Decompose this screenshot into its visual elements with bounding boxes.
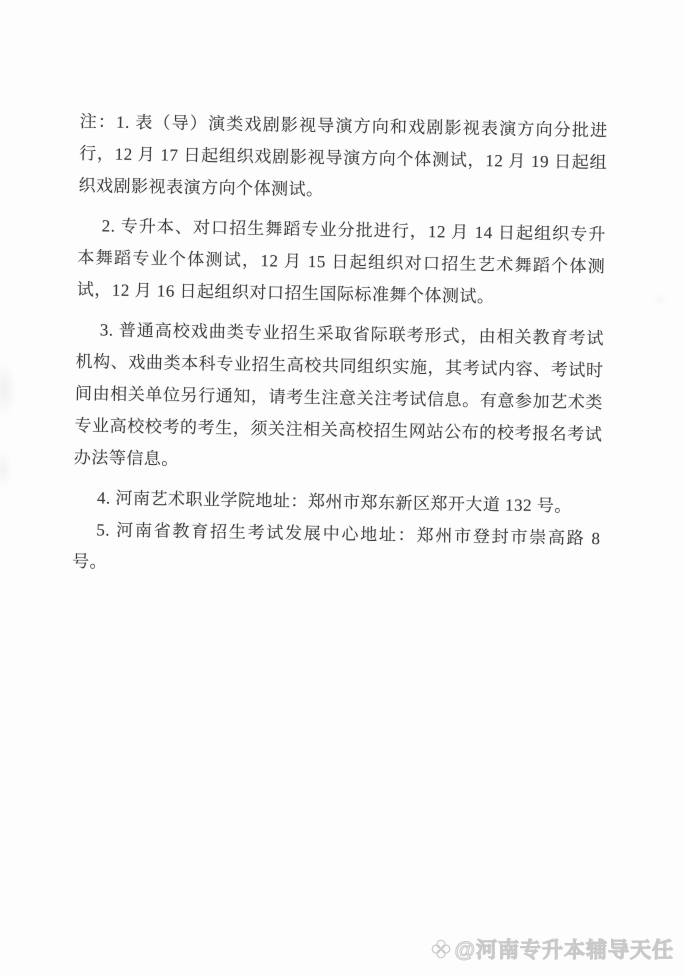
note-paragraph-1: 注：1. 表（导）演类戏剧影视导演方向和戏剧影视表演方向分批进行，12 月 17… <box>78 106 608 211</box>
note-paragraph-5: 5. 河南省教育招生考试发展中心地址：郑州市登封市崇高路 8 号。 <box>72 514 601 587</box>
pinwheel-flower-icon <box>430 938 452 960</box>
watermark: @河南专升本辅导天任 <box>430 934 674 964</box>
document-page: 注：1. 表（导）演类戏剧影视导演方向和戏剧影视表演方向分批进行，12 月 17… <box>0 0 684 976</box>
watermark-text: @河南专升本辅导天任 <box>455 934 674 964</box>
note-paragraph-3: 3. 普通高校戏曲类专业招生采取省际联考形式，由相关教育考试机构、戏曲类本科专业… <box>74 314 605 483</box>
document-body: 注：1. 表（导）演类戏剧影视导演方向和戏剧影视表演方向分批进行，12 月 17… <box>72 106 608 587</box>
note-paragraph-2: 2. 专升本、对口招生舞蹈专业分批进行，12 月 14 日起组织专升本舞蹈专业个… <box>77 210 607 315</box>
